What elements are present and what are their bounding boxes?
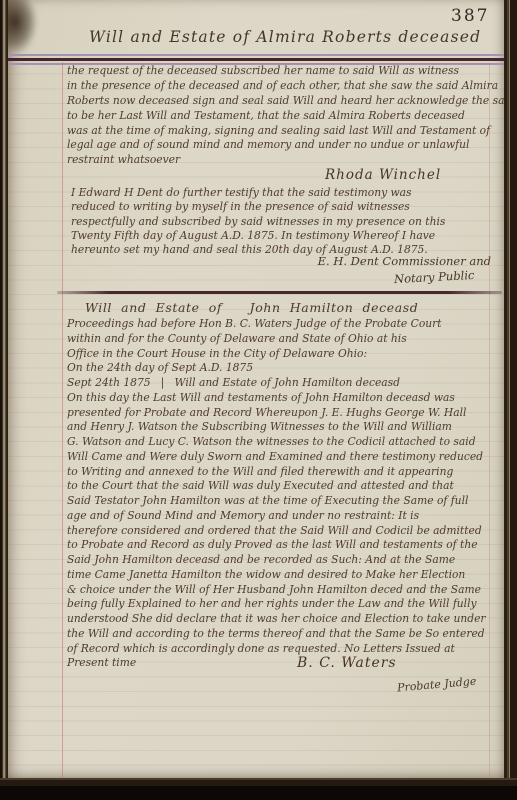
corner-stain (7, 0, 37, 54)
record-line: Proceedings had before Hon B. C. Waters … (67, 317, 499, 332)
record-line: On the 24th day of Sept A.D. 1875 (67, 361, 499, 376)
judge-signature: B. C. Waters (297, 655, 397, 671)
record-line: understood She did declare that it was h… (67, 612, 499, 627)
commissioner-signature: E. H. Dent Commissioner and (318, 254, 491, 268)
record-line: Will Came and Were duly Sworn and Examin… (67, 450, 499, 465)
book-bottom-edge (0, 778, 517, 800)
record-line: Sept 24th 1875 | Will and Estate of John… (67, 376, 499, 391)
record-line: and Henry J. Watson the Subscribing Witn… (67, 420, 499, 435)
record-line: G. Watson and Lucy C. Watson the witness… (67, 435, 499, 450)
commissioner-line: respectfully and subscribed by said witn… (71, 215, 499, 229)
left-margin-line (62, 62, 63, 780)
entry-title: Will and Estate of John Hamilton deceasd (85, 300, 418, 315)
record-line: & choice under the Will of Her Husband J… (67, 583, 499, 598)
record-book-page: 387 Will and Estate of Almira Roberts de… (7, 0, 504, 780)
record-line: Office in the Court House in the City of… (67, 347, 499, 362)
record-line: Said Testator John Hamilton was at the t… (67, 494, 499, 509)
record-line: of Record which is accordingly done as r… (67, 642, 499, 657)
record-line: within and for the County of Delaware an… (67, 332, 499, 347)
page-number: 387 (451, 6, 489, 26)
testimony-line: in the presence of the deceased and of e… (67, 79, 499, 94)
testimony-line: restraint whatsoever (67, 153, 499, 168)
testimony-line: legal age and of sound mind and memory a… (67, 138, 499, 153)
commissioner-paragraph: I Edward H Dent do further testify that … (71, 186, 499, 257)
record-line: the Will and according to the terms ther… (67, 627, 499, 642)
record-line: to Writing and annexed to the Will and f… (67, 465, 499, 480)
record-line: therefore considered and ordered that th… (67, 524, 499, 539)
record-line: presented for Probate and Record Whereup… (67, 406, 499, 421)
testimony-line: to be her Last Will and Testament, that … (67, 109, 499, 124)
record-paragraph: Proceedings had before Hon B. C. Waters … (67, 317, 499, 671)
record-line: to the Court that the said Will was duly… (67, 479, 499, 494)
entry-separator-line (57, 291, 502, 294)
witness-signature: Rhoda Winchel (325, 167, 441, 183)
record-line: to Probate and Record as duly Proved as … (67, 538, 499, 553)
page-header-title: Will and Estate of Almira Roberts deceas… (89, 28, 481, 46)
record-line: On this day the Last Will and testaments… (67, 391, 499, 406)
record-book-photo: 387 Will and Estate of Almira Roberts de… (0, 0, 517, 800)
record-line: being fully Explained to her and her rig… (67, 597, 499, 612)
record-line: Present time (67, 656, 499, 671)
commissioner-line: reduced to writing by myself in the pres… (71, 200, 499, 214)
commissioner-line: I Edward H Dent do further testify that … (71, 186, 499, 200)
record-line: age and of Sound Mind and Memory and und… (67, 509, 499, 524)
testimony-paragraph: the request of the deceased subscribed h… (67, 64, 499, 168)
testimony-line: was at the time of making, signing and s… (67, 124, 499, 139)
commissioner-line: Twenty Fifth day of August A.D. 1875. In… (71, 229, 499, 243)
page-stack-right-edge (504, 0, 517, 786)
testimony-line: the request of the deceased subscribed h… (67, 64, 499, 79)
book-binding-edge (0, 0, 8, 786)
testimony-line: Roberts now deceased sign and seal said … (67, 94, 499, 109)
record-line: time Came Janetta Hamilton the widow and… (67, 568, 499, 583)
record-line: Said John Hamilton deceasd and be record… (67, 553, 499, 568)
